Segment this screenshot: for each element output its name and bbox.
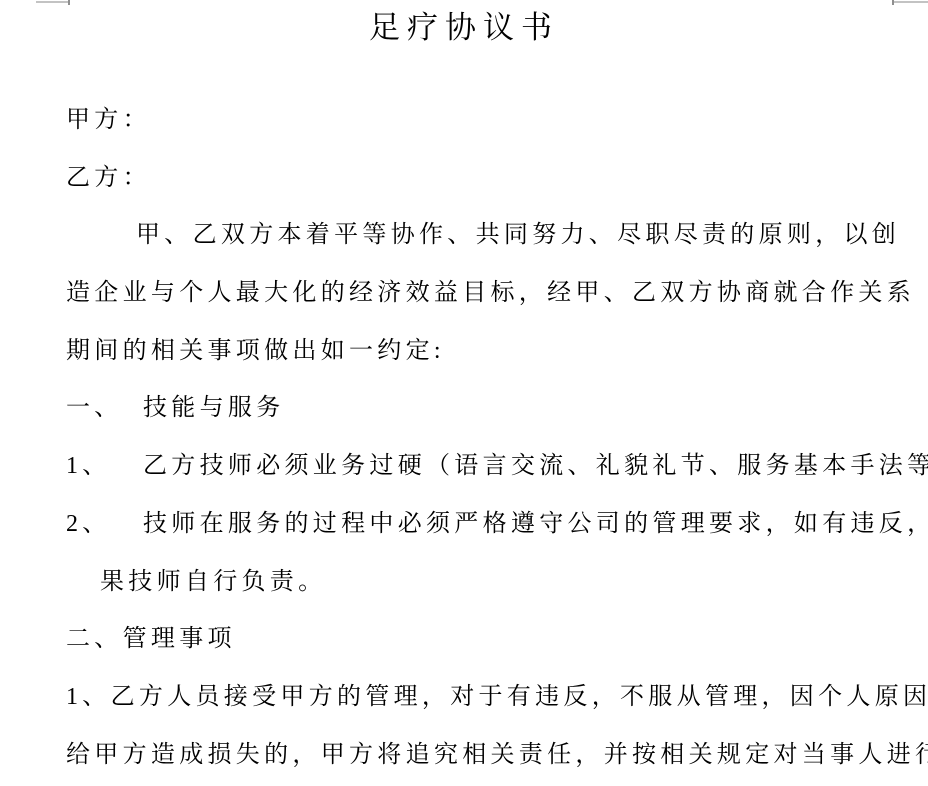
top-right-border-tick — [892, 0, 894, 5]
section2-heading-line: 二、管理事项 — [66, 611, 910, 669]
section1-number: 一、 — [66, 380, 143, 438]
section1-item2-number: 2、 — [66, 496, 143, 554]
document-page[interactable]: 足疗协议书 甲方： 乙方： 甲、乙双方本着平等协作、共同努力、尽职尽责的原则，以… — [0, 0, 928, 786]
top-left-border-tick — [68, 0, 70, 5]
top-right-border-fragment — [893, 1, 928, 3]
section1-item2-text-1: 技师在服务的过程中必须严格遵守公司的管理要求，如有违反，后 — [143, 511, 928, 537]
document-title: 足疗协议书 — [0, 8, 928, 48]
intro-line-2: 造企业与个人最大化的经济效益目标，经甲、乙双方协商就合作关系 — [66, 265, 910, 323]
section1-item1-line: 1、乙方技师必须业务过硬（语言交流、礼貌礼节、服务基本手法等）。 — [66, 438, 910, 496]
party-b-line: 乙方： — [66, 150, 910, 208]
section2-item1-line-1: 1、乙方人员接受甲方的管理，对于有违反，不服从管理，因个人原因 — [66, 669, 910, 727]
intro-line-1: 甲、乙双方本着平等协作、共同努力、尽职尽责的原则，以创 — [66, 207, 910, 265]
section1-heading: 技能与服务 — [143, 395, 285, 421]
section1-item1-text: 乙方技师必须业务过硬（语言交流、礼貌礼节、服务基本手法等）。 — [143, 453, 928, 479]
section1-item2-line-2: 果技师自行负责。 — [66, 554, 910, 612]
document-body: 甲方： 乙方： 甲、乙双方本着平等协作、共同努力、尽职尽责的原则，以创 造企业与… — [0, 92, 928, 784]
section1-item2-line-1: 2、技师在服务的过程中必须严格遵守公司的管理要求，如有违反，后 — [66, 496, 910, 554]
intro-line-3: 期间的相关事项做出如一约定: — [66, 323, 910, 381]
section1-heading-line: 一、技能与服务 — [66, 380, 910, 438]
top-left-border-fragment — [36, 1, 70, 3]
section1-item1-number: 1、 — [66, 438, 143, 496]
party-a-line: 甲方： — [66, 92, 910, 150]
section2-item1-line-2: 给甲方造成损失的，甲方将追究相关责任，并按相关规定对当事人进行处 — [66, 727, 910, 785]
